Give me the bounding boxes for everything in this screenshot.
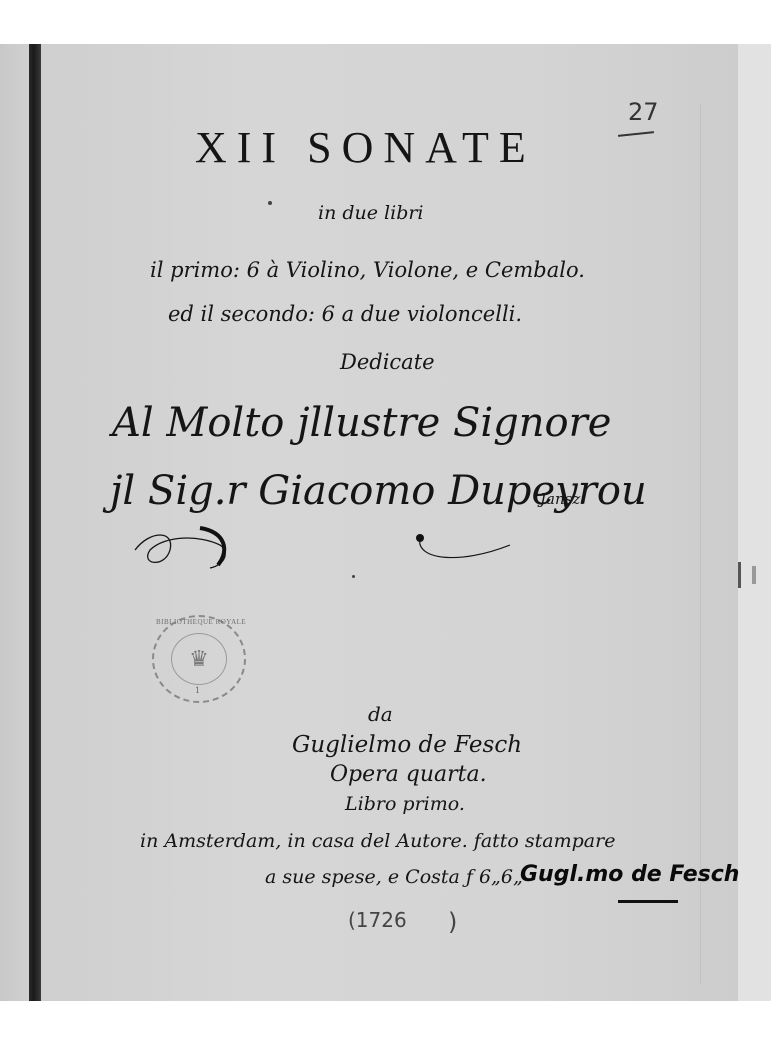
date-annotation: (1726 xyxy=(348,908,407,932)
imprint-line-2: a sue spese, e Costa ƒ 6„6„ xyxy=(265,866,523,888)
calligraphic-flourish-icon xyxy=(130,520,240,570)
page-title: XII SONATE xyxy=(195,122,536,173)
stamp-text: BIBLIOTHEQUE ROYALE xyxy=(156,618,246,626)
da-line: da xyxy=(368,702,393,726)
title-main: SONATE xyxy=(307,123,536,172)
right-edge xyxy=(738,44,771,1001)
composer-signature: Gugl.mo de Fesch xyxy=(520,862,739,887)
stamp-number: 1 xyxy=(195,686,200,695)
composer-name: Guglielmo de Fesch xyxy=(292,732,522,758)
edge-mark xyxy=(752,566,756,584)
second-book-line: ed il secondo: 6 a due violoncelli. xyxy=(168,302,522,326)
folio-number: 27 xyxy=(628,98,659,126)
signature-underline xyxy=(618,900,678,903)
title-prefix: XII xyxy=(195,123,286,172)
crown-icon: ♛ xyxy=(171,633,227,685)
opus-line: Opera quarta. xyxy=(330,762,487,787)
subtitle-in-due-libri: in due libri xyxy=(318,202,424,224)
plate-mark xyxy=(700,104,701,984)
left-margin xyxy=(0,44,29,1001)
dedicatee-suffix: Jansz: xyxy=(540,490,585,508)
ink-speck xyxy=(352,575,355,578)
date-annotation-close: ) xyxy=(448,908,457,936)
flourish-tail-icon xyxy=(410,530,520,570)
edge-mark xyxy=(738,562,741,588)
book-line: Libro primo. xyxy=(345,793,465,815)
first-book-line: il primo: 6 à Violino, Violone, e Cembal… xyxy=(150,258,585,282)
scanned-page xyxy=(0,44,771,1001)
binding-strip xyxy=(29,44,41,1001)
dedicate-line: Dedicate xyxy=(340,350,435,374)
imprint-line-1: in Amsterdam, in casa del Autore. fatto … xyxy=(140,830,615,852)
ink-speck xyxy=(268,201,272,205)
dedicatee-line-1: Al Molto jllustre Signore xyxy=(112,400,611,446)
